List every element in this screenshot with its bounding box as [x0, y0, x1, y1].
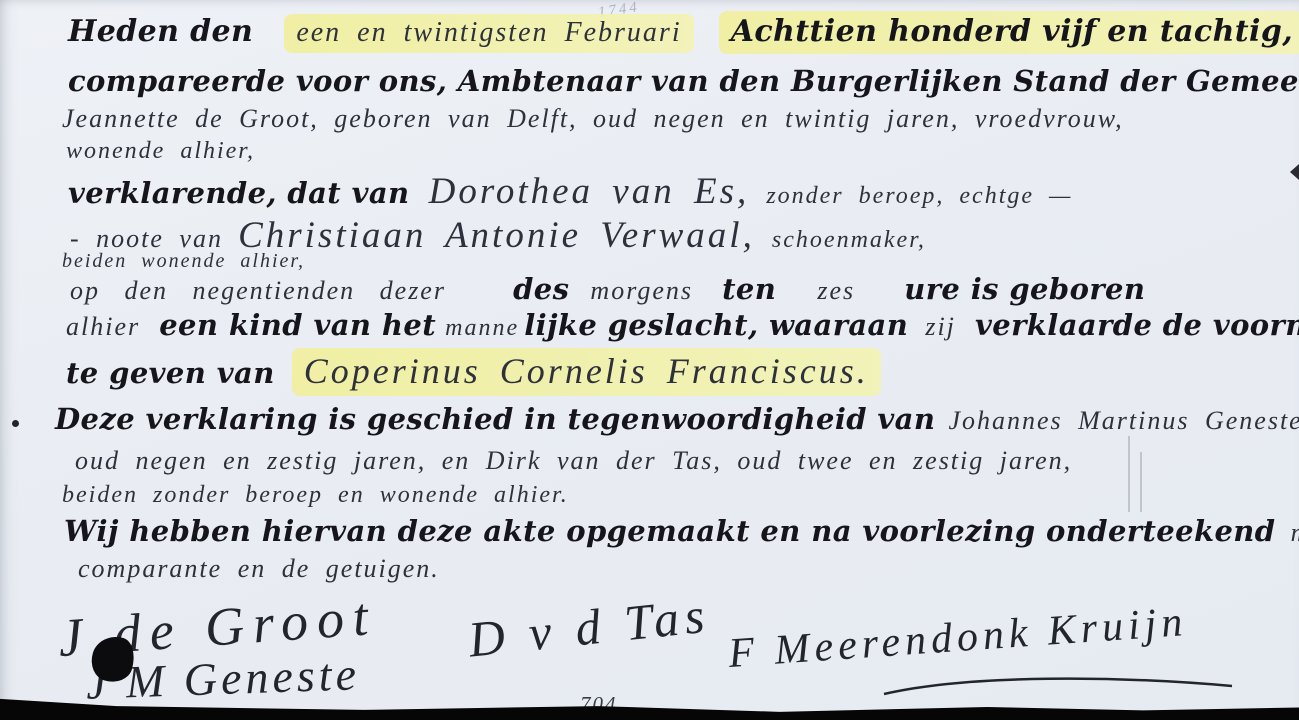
handwritten-zij: zij — [925, 312, 956, 341]
handwritten-beiden-wonende: beiden wonende alhier, — [62, 250, 305, 272]
printed-deze-verklaring: Deze verklaring is geschied in tegenwoor… — [55, 402, 935, 436]
act-line-both-residing: beiden wonende alhier, — [62, 250, 305, 273]
printed-ten: ten — [722, 272, 776, 306]
printed-een-kind: een kind van het — [159, 308, 436, 342]
printed-compareerde: compareerde voor ons, Ambtenaar van den … — [68, 64, 1299, 98]
handwritten-mother-name: Dorothea van Es, — [429, 171, 750, 212]
handwritten-mother-occupation: zonder beroep, echtge — — [766, 183, 1072, 209]
printed-te-geven-van: te geven van — [66, 356, 275, 390]
handwritten-met-de: met de — [1291, 518, 1299, 547]
handwritten-witness-ages: oud negen en zestig jaren, en Dirk van d… — [75, 446, 1072, 475]
signature-flourish — [880, 672, 1240, 700]
handwritten-beiden-zonder-beroep: beiden zonder beroep en wonende alhier. — [62, 482, 569, 508]
handwritten-hour: zes — [817, 276, 855, 305]
handwritten-date-highlighted: een en twintigsten Februari — [284, 14, 693, 53]
act-line-witness-ages: oud negen en zestig jaren, en Dirk van d… — [75, 446, 1072, 476]
paper-crease — [1128, 436, 1130, 512]
handwritten-wonende-alhier: wonende alhier, — [66, 138, 255, 164]
printed-geslacht-waaraan: lijke geslacht, waaraan — [524, 308, 908, 342]
handwritten-birth-day: op den negentienden dezer — [70, 276, 446, 305]
signature-witness-tas: D v d Tas — [466, 585, 713, 668]
handwritten-child-names-highlighted: Coperinus Cornelis Franciscus. — [292, 348, 881, 396]
signature-ambtenaar: F Meerendonk Kruijn — [727, 598, 1189, 678]
act-line-mother: verklarende, dat van Dorothea van Es, zo… — [68, 170, 1072, 213]
act-line-opening-date: Heden den een en twintigsten Februari Ac… — [68, 14, 1299, 49]
act-line-registrar: compareerde voor ons, Ambtenaar van den … — [68, 64, 1299, 98]
act-line-comparante-getuigen: comparante en de getuigen. — [78, 554, 440, 584]
handwritten-noote-van: - noote van — [70, 224, 223, 253]
act-line-child-sex: alhier een kind van het manne lijke gesl… — [66, 308, 1299, 342]
printed-wij-hebben: Wij hebben hiervan deze akte opgemaakt e… — [64, 514, 1275, 548]
printed-year-highlighted: Achttien honderd vijf en tachtig, — [719, 11, 1299, 54]
printed-verklarende: verklarende, dat van — [68, 176, 410, 210]
act-line-child-names: te geven van Coperinus Cornelis Francisc… — [66, 350, 881, 392]
handwritten-comparante-getuigen: comparante en de getuigen. — [78, 554, 440, 583]
act-line-declarant: Jeannette de Groot, geboren van Delft, o… — [62, 104, 1124, 134]
birth-certificate-scan: 1744 Heden den een en twintigsten Februa… — [0, 0, 1299, 720]
act-line-witnesses-residing: beiden zonder beroep en wonende alhier. — [62, 482, 569, 509]
handwritten-father-occupation: schoenmaker, — [772, 227, 926, 253]
printed-ure-is-geboren: ure is geboren — [904, 272, 1145, 306]
handwritten-declarant: Jeannette de Groot, geboren van Delft, o… — [62, 104, 1124, 133]
act-line-closing: Wij hebben hiervan deze akte opgemaakt e… — [64, 514, 1299, 548]
printed-heden-den: Heden den — [68, 14, 253, 49]
stray-ink-dot — [12, 420, 19, 427]
handwritten-morgens: morgens — [590, 276, 693, 305]
handwritten-father-name: Christiaan Antonie Verwaal, — [238, 215, 755, 256]
paper-crease — [1140, 452, 1142, 512]
printed-des: des — [513, 272, 569, 306]
printed-verklaarde-voorna: verklaarde de voorna — [975, 308, 1299, 342]
act-line-residence: wonende alhier, — [66, 138, 255, 165]
handwritten-manne: manne — [445, 315, 519, 341]
act-line-birth-time: op den negentienden dezer des morgens te… — [70, 272, 1145, 306]
act-line-witnesses-intro: Deze verklaring is geschied in tegenwoor… — [55, 402, 1299, 436]
handwritten-alhier: alhier — [66, 312, 140, 341]
scan-edge-fleck — [1290, 164, 1299, 180]
handwritten-witness1-name: Johannes Martinus Geneste, — [948, 406, 1299, 435]
